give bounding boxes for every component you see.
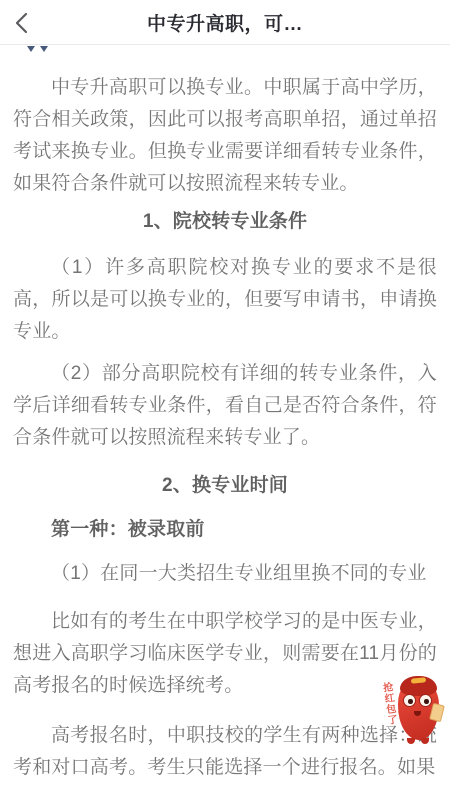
page-title: 中专升高职，可… — [147, 9, 303, 36]
article-paragraph: 中专升高职可以换专业。中职属于高中学历，符合相关政策，因此可以报考高职单招，通过… — [13, 72, 437, 200]
article-paragraph: （1）许多高职院校对换专业的要求不是很高，所以是可以换专业的，但要写申请书，申请… — [13, 252, 437, 348]
app-bar: 中专升高职，可… — [0, 0, 450, 45]
back-button[interactable] — [8, 0, 46, 45]
red-packet-float-button[interactable]: 抢红包了 — [381, 672, 445, 752]
red-packet-label: 抢红包了 — [380, 681, 397, 726]
mascot-foot — [407, 738, 415, 744]
mascot-eye — [419, 694, 432, 707]
app-screen: { "header": { "title": "中专升高职，可…" }, "ar… — [0, 0, 450, 800]
mascot-eye — [403, 694, 416, 707]
section-heading: 2、换专业时间 — [13, 470, 437, 502]
mascot-card — [429, 703, 445, 722]
subsection-heading: 第一种：被录取前 — [13, 514, 437, 546]
chevron-left-icon — [8, 11, 30, 35]
mascot-foot — [421, 738, 429, 744]
article-paragraph: （2）部分高职院校有详细的转专业条件，入学后详细看转专业条件，看自己是否符合条件… — [13, 358, 437, 454]
article-paragraph: （1）在同一大类招生专业组里换不同的专业 — [13, 558, 437, 590]
section-heading: 1、院校转专业条件 — [13, 206, 437, 238]
article-paragraph: 高考报名时，中职技校的学生有两种选择：统考和对口高考。考生只能选择一个进行报名。… — [13, 720, 437, 784]
article-paragraph: 比如有的考生在中职学校学习的是中医专业，想进入高职学习临床医学专业，则需要在11… — [13, 606, 437, 702]
